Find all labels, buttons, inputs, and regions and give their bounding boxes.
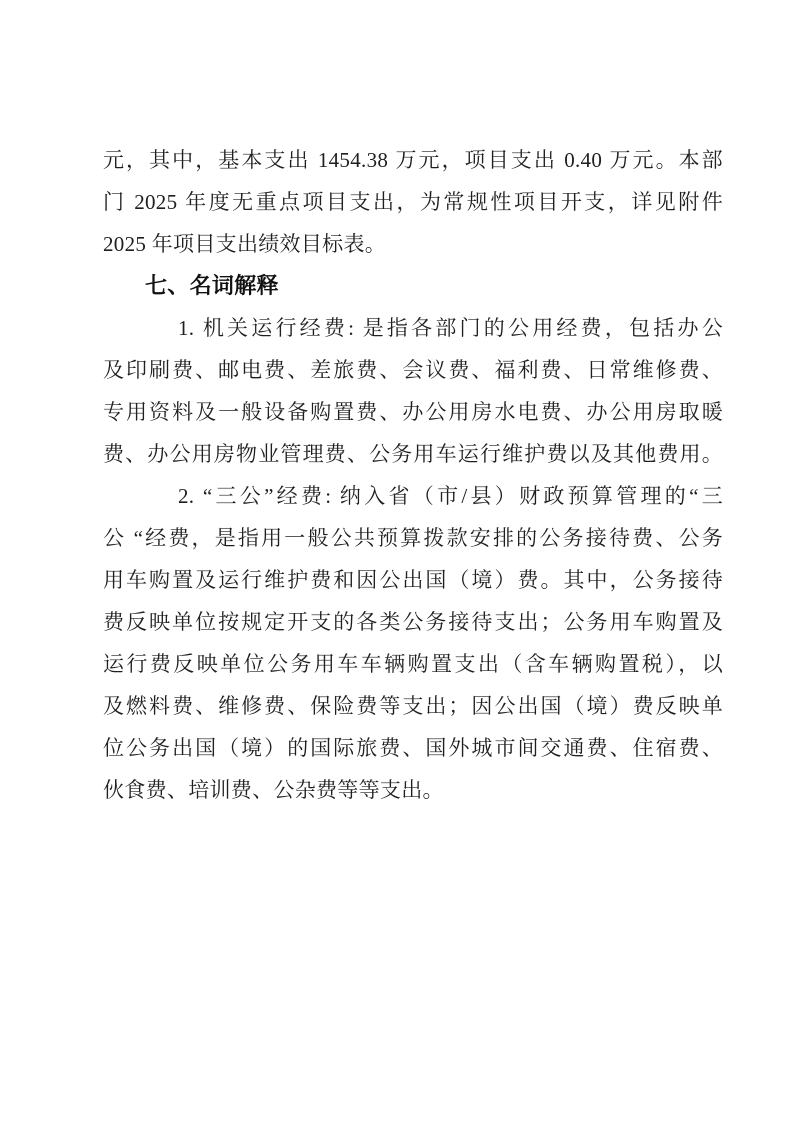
doc-line: 伙食费、培训费、公杂费等等支出。 [103, 769, 723, 811]
document-page: 元，其中，基本支出 1454.38 万元，项目支出 0.40 万元。本部 门 2… [0, 0, 793, 1122]
doc-line: 及印刷费、邮电费、差旅费、会议费、福利费、日常维修费、 [103, 349, 723, 391]
doc-line: 运行费反映单位公务用车车辆购置支出（含车辆购置税），以 [103, 643, 723, 685]
doc-line: 公 “经费，是指用一般公共预算拨款安排的公务接待费、公务 [103, 517, 723, 559]
doc-line: 门 2025 年度无重点项目支出，为常规性项目开支，详见附件 [103, 181, 723, 223]
doc-line: 及燃料费、维修费、保险费等支出；因公出国（境）费反映单 [103, 685, 723, 727]
doc-line: 1. 机关运行经费: 是指各部门的公用经费，包括办公 [103, 307, 723, 349]
doc-line: 2. “三公”经费: 纳入省（市/县）财政预算管理的“三 [103, 475, 723, 517]
doc-line: 专用资料及一般设备购置费、办公用房水电费、办公用房取暖 [103, 391, 723, 433]
doc-line: 费、办公用房物业管理费、公务用车运行维护费以及其他费用。 [103, 433, 723, 475]
document-text-block: 元，其中，基本支出 1454.38 万元，项目支出 0.40 万元。本部 门 2… [103, 139, 723, 811]
section-heading: 七、名词解释 [103, 265, 723, 307]
doc-line: 费反映单位按规定开支的各类公务接待支出；公务用车购置及 [103, 601, 723, 643]
doc-line: 元，其中，基本支出 1454.38 万元，项目支出 0.40 万元。本部 [103, 139, 723, 181]
doc-line: 位公务出国（境）的国际旅费、国外城市间交通费、住宿费、 [103, 727, 723, 769]
doc-line: 用车购置及运行维护费和因公出国（境）费。其中，公务接待 [103, 559, 723, 601]
doc-line: 2025 年项目支出绩效目标表。 [103, 223, 723, 265]
